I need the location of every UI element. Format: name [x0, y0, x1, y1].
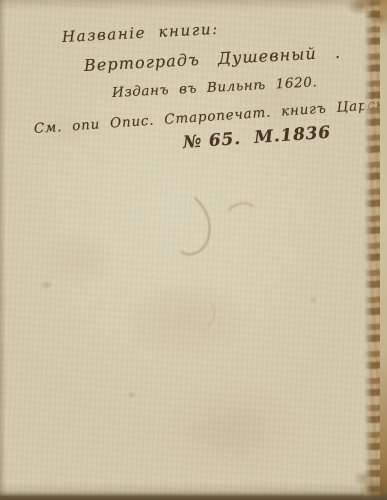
inscription-line-book-title: Вертоградъ Душевный .	[84, 43, 342, 75]
corner-stain-top-right	[336, 0, 387, 38]
page-edge-outer	[380, 0, 387, 500]
inscription-line-catalog-number: № 65. М.1836	[182, 123, 331, 153]
inscription-line-edition: Изданъ въ Вильнѣ 1620.	[112, 74, 318, 101]
inscription-line-title-label: Названіе книги:	[62, 20, 220, 46]
ink-bleed-marks	[0, 0, 387, 500]
bottom-edge-shadow	[0, 491, 387, 500]
scanned-flyleaf-page: Названіе книги: Вертоградъ Душевный . Из…	[0, 0, 387, 500]
